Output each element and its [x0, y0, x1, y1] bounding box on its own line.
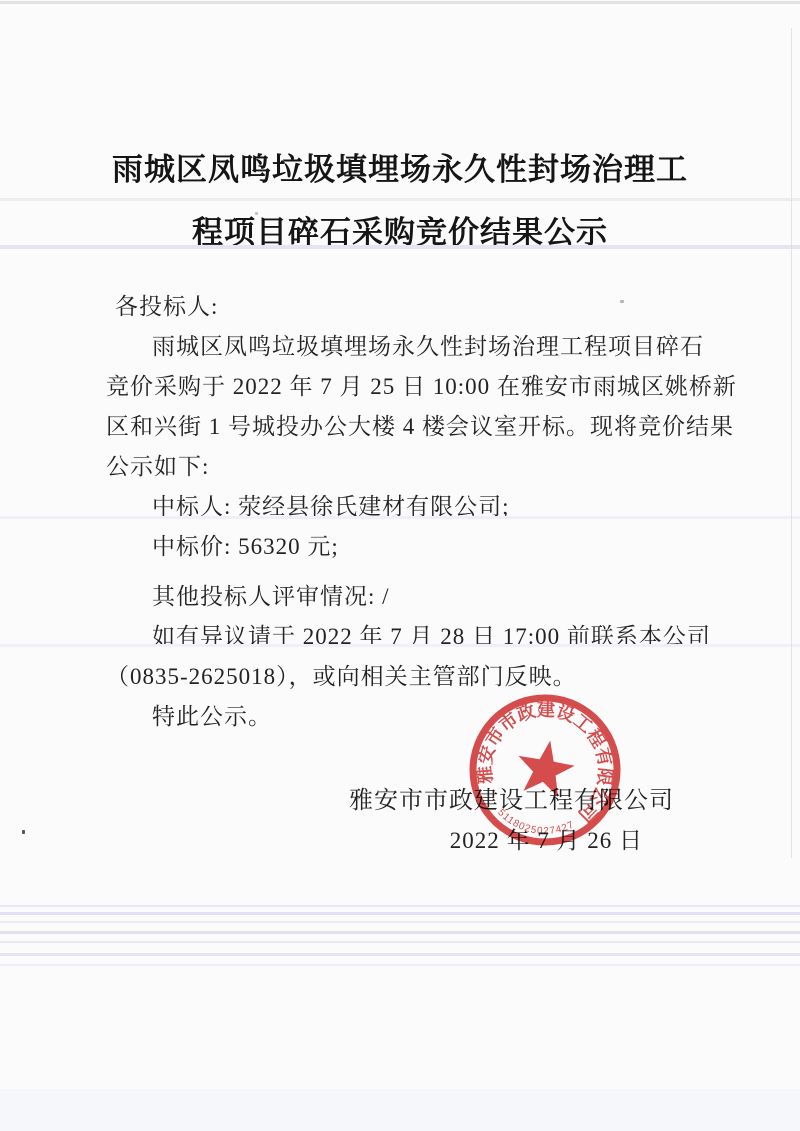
signature-block: 雅安市市政建设工程有限公司 2022 年 7 月 26 日	[0, 781, 800, 861]
scan-edge-tint	[0, 1089, 800, 1131]
winning-price-line: 中标价: 56320 元;	[106, 527, 710, 567]
other-bidders-line: 其他投标人评审情况: /	[106, 577, 710, 617]
document-title-line2: 程项目碎石采购竞价结果公示	[0, 213, 800, 253]
scan-streak	[0, 941, 800, 943]
body-line: 竞价采购于 2022 年 7 月 25 日 10:00 在雅安市雨城区姚桥新	[106, 367, 710, 407]
scan-streak	[0, 912, 800, 915]
signature-date: 2022 年 7 月 26 日	[0, 821, 800, 861]
scan-streak	[0, 921, 800, 923]
scan-speck	[620, 300, 624, 303]
body-line: 雨城区凤鸣垃圾填埋场永久性封场治理工程项目碎石	[106, 327, 710, 367]
scan-streak	[0, 964, 800, 966]
body-line: 公示如下:	[106, 447, 710, 487]
scan-edge-line	[791, 28, 792, 858]
document-body: 各投标人: 雨城区凤鸣垃圾填埋场永久性封场治理工程项目碎石 竞价采购于 2022…	[106, 287, 710, 737]
body-line: 区和兴街 1 号城投办公大楼 4 楼会议室开标。现将竞价结果	[106, 407, 710, 447]
closing-line: 特此公示。	[106, 697, 710, 737]
scan-speck	[255, 212, 258, 215]
document-title-line1: 雨城区凤鸣垃圾填埋场永久性封场治理工	[0, 150, 800, 190]
scan-streak	[0, 905, 800, 907]
document-title: 雨城区凤鸣垃圾填埋场永久性封场治理工 程项目碎石采购竞价结果公示	[0, 150, 800, 253]
signature-company: 雅安市市政建设工程有限公司	[0, 781, 800, 821]
phone-line: （0835-2625018），或向相关主管部门反映。	[106, 657, 710, 697]
scanned-document-page: 雨城区凤鸣垃圾填埋场永久性封场治理工 程项目碎石采购竞价结果公示 各投标人: 雨…	[0, 0, 800, 1131]
scan-speck	[22, 830, 25, 834]
scan-streak	[0, 953, 800, 956]
scan-streak	[0, 931, 800, 934]
scan-streak	[0, 1, 800, 4]
objection-line: 如有异议请于 2022 年 7 月 28 日 17:00 前联系本公司	[106, 617, 710, 657]
winner-line: 中标人: 荥经县徐氏建材有限公司;	[106, 487, 710, 527]
salutation: 各投标人:	[106, 287, 710, 327]
